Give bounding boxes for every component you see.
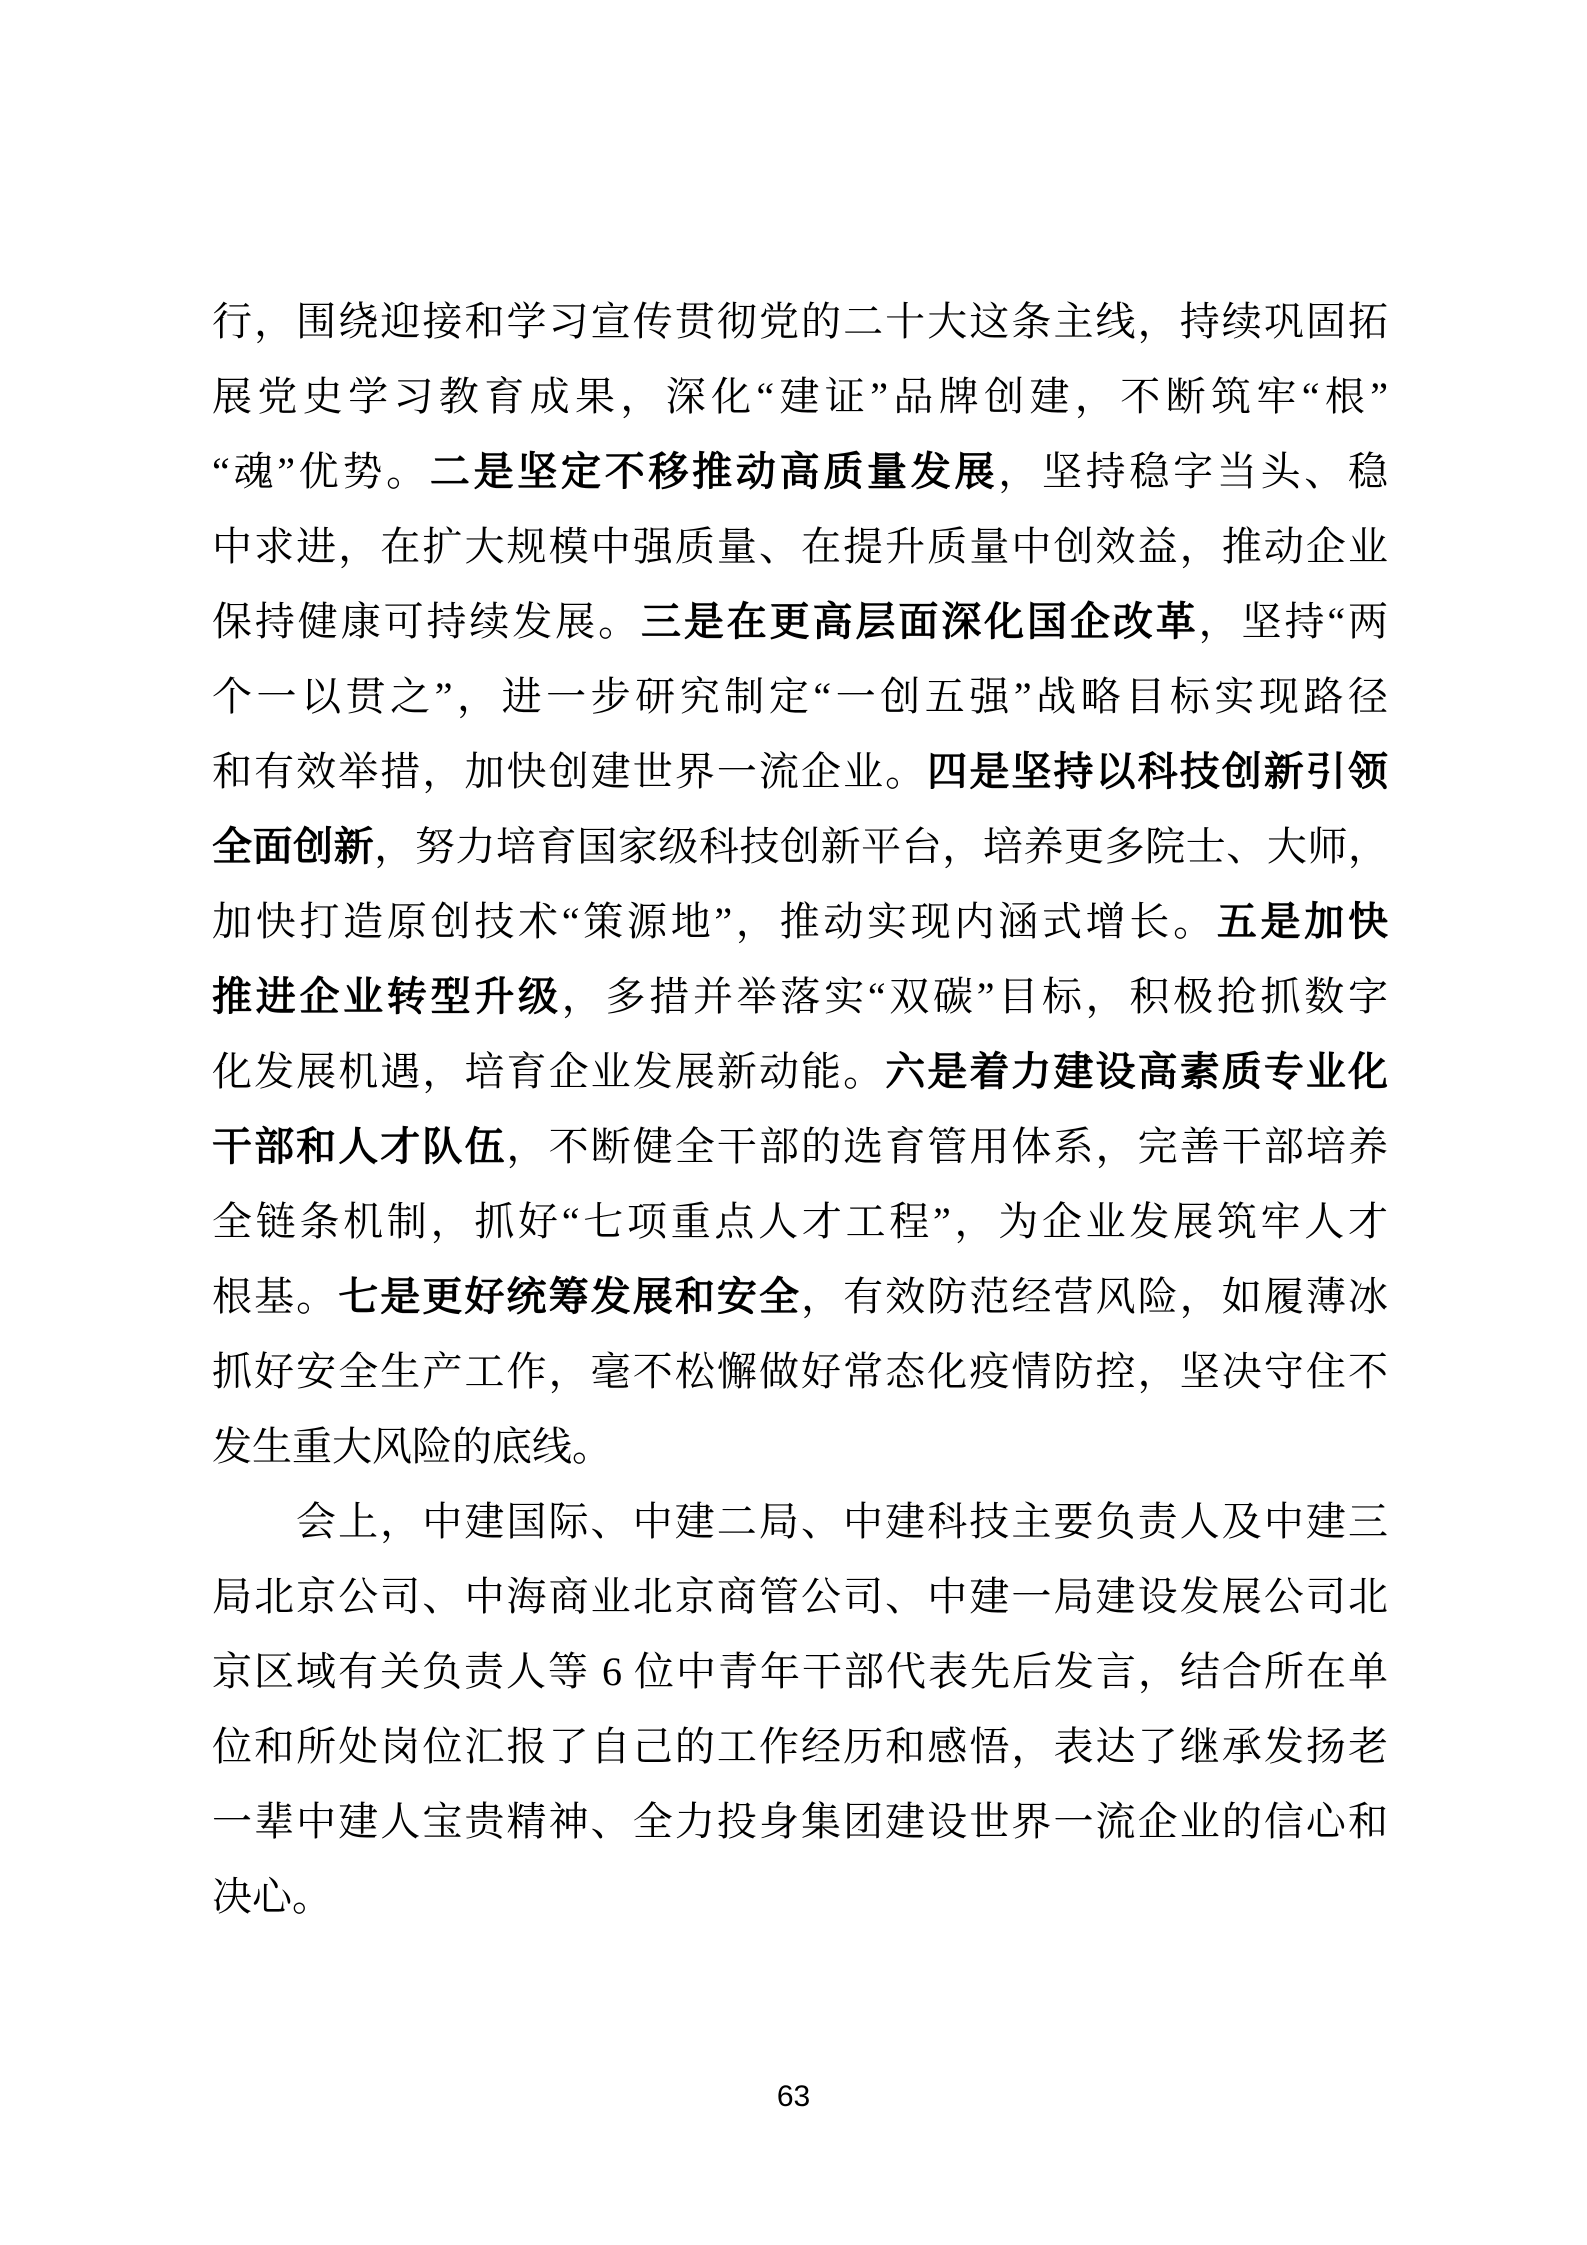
bold-text-run: 七是更好统筹发展和安全 bbox=[338, 1274, 801, 1319]
text-line: 行，围绕迎接和学习宣传贯彻党的二十大这条主线，持续巩固拓 bbox=[212, 284, 1388, 359]
text-run: ，多措并举落实“双碳”目标，积极抢抓数字 bbox=[562, 974, 1388, 1019]
text-line: 京区域有关负责人等 6 位中青年干部代表先后发言，结合所在单 bbox=[212, 1634, 1388, 1709]
text-run: 展党史学习教育成果，深化“建证”品牌创建，不断筑牢“根” bbox=[212, 374, 1388, 419]
page-number: 63 bbox=[0, 2078, 1587, 2116]
text-run: 会上，中建国际、中建二局、中建科技主要负责人及中建三 bbox=[296, 1499, 1388, 1544]
text-run: 位和所处岗位汇报了自己的工作经历和感悟，表达了继承发扬老 bbox=[212, 1724, 1388, 1769]
text-run: 发生重大风险的底线。 bbox=[212, 1424, 612, 1469]
text-run: 根基。 bbox=[212, 1274, 338, 1319]
text-run: 保持健康可持续发展。 bbox=[212, 599, 641, 644]
text-line: 根基。七是更好统筹发展和安全，有效防范经营风险，如履薄冰 bbox=[212, 1259, 1388, 1334]
text-run: “魂”优势。 bbox=[212, 449, 430, 494]
text-run: ，努力培育国家级科技创新平台，培养更多院士、大师， bbox=[374, 824, 1388, 869]
text-run: ，不断健全干部的选育管用体系，完善干部培养 bbox=[507, 1124, 1388, 1169]
text-line: 推进企业转型升级，多措并举落实“双碳”目标，积极抢抓数字 bbox=[212, 959, 1388, 1034]
text-line: 一辈中建人宝贵精神、全力投身集团建设世界一流企业的信心和 bbox=[212, 1784, 1388, 1859]
text-line: 决心。 bbox=[212, 1859, 1388, 1934]
text-run: 加快打造原创技术“策源地”，推动实现内涵式增长。 bbox=[212, 899, 1217, 944]
text-run: 和有效举措，加快创建世界一流企业。 bbox=[212, 749, 927, 794]
text-run: 全链条机制，抓好“七项重点人才工程”，为企业发展筑牢人才 bbox=[212, 1199, 1388, 1244]
text-line: 化发展机遇，培育企业发展新动能。六是着力建设高素质专业化 bbox=[212, 1034, 1388, 1109]
text-line: 局北京公司、中海商业北京商管公司、中建一局建设发展公司北 bbox=[212, 1559, 1388, 1634]
document-body: 行，围绕迎接和学习宣传贯彻党的二十大这条主线，持续巩固拓展党史学习教育成果，深化… bbox=[212, 284, 1388, 1934]
text-run: 中求进，在扩大规模中强质量、在提升质量中创效益，推动企业 bbox=[212, 524, 1388, 569]
text-line: 展党史学习教育成果，深化“建证”品牌创建，不断筑牢“根” bbox=[212, 359, 1388, 434]
bold-text-run: 干部和人才队伍 bbox=[212, 1124, 507, 1169]
text-line: 全链条机制，抓好“七项重点人才工程”，为企业发展筑牢人才 bbox=[212, 1184, 1388, 1259]
text-line: 干部和人才队伍，不断健全干部的选育管用体系，完善干部培养 bbox=[212, 1109, 1388, 1184]
text-run: ，坚持“两 bbox=[1199, 599, 1388, 644]
bold-text-run: 六是着力建设高素质专业化 bbox=[885, 1049, 1388, 1094]
bold-text-run: 四是坚持以科技创新引领 bbox=[927, 749, 1388, 794]
text-run: 化发展机遇，培育企业发展新动能。 bbox=[212, 1049, 885, 1094]
text-line: “魂”优势。二是坚定不移推动高质量发展，坚持稳字当头、稳 bbox=[212, 434, 1388, 509]
text-run: ，坚持稳字当头、稳 bbox=[998, 449, 1388, 494]
text-line: 加快打造原创技术“策源地”，推动实现内涵式增长。五是加快 bbox=[212, 884, 1388, 959]
text-line: 保持健康可持续发展。三是在更高层面深化国企改革，坚持“两 bbox=[212, 584, 1388, 659]
text-line: 和有效举措，加快创建世界一流企业。四是坚持以科技创新引领 bbox=[212, 734, 1388, 809]
text-line: 抓好安全生产工作，毫不松懈做好常态化疫情防控，坚决守住不 bbox=[212, 1334, 1388, 1409]
bold-text-run: 推进企业转型升级 bbox=[212, 974, 562, 1019]
text-run: 抓好安全生产工作，毫不松懈做好常态化疫情防控，坚决守住不 bbox=[212, 1349, 1388, 1394]
text-run: 一辈中建人宝贵精神、全力投身集团建设世界一流企业的信心和 bbox=[212, 1799, 1388, 1844]
text-line: 位和所处岗位汇报了自己的工作经历和感悟，表达了继承发扬老 bbox=[212, 1709, 1388, 1784]
text-run: 个一以贯之”，进一步研究制定“一创五强”战略目标实现路径 bbox=[212, 674, 1388, 719]
bold-text-run: 全面创新 bbox=[212, 824, 374, 869]
document-page: 行，围绕迎接和学习宣传贯彻党的二十大这条主线，持续巩固拓展党史学习教育成果，深化… bbox=[0, 0, 1587, 2245]
text-line: 全面创新，努力培育国家级科技创新平台，培养更多院士、大师， bbox=[212, 809, 1388, 884]
text-line: 中求进，在扩大规模中强质量、在提升质量中创效益，推动企业 bbox=[212, 509, 1388, 584]
text-line: 会上，中建国际、中建二局、中建科技主要负责人及中建三 bbox=[212, 1484, 1388, 1559]
text-run: 决心。 bbox=[212, 1874, 332, 1919]
text-run: 行，围绕迎接和学习宣传贯彻党的二十大这条主线，持续巩固拓 bbox=[212, 299, 1388, 344]
text-run: 京区域有关负责人等 6 位中青年干部代表先后发言，结合所在单 bbox=[212, 1649, 1388, 1694]
text-run: 局北京公司、中海商业北京商管公司、中建一局建设发展公司北 bbox=[212, 1574, 1388, 1619]
bold-text-run: 二是坚定不移推动高质量发展 bbox=[430, 449, 998, 494]
bold-text-run: 五是加快 bbox=[1217, 899, 1388, 944]
text-line: 个一以贯之”，进一步研究制定“一创五强”战略目标实现路径 bbox=[212, 659, 1388, 734]
text-run: ，有效防范经营风险，如履薄冰 bbox=[801, 1274, 1388, 1319]
bold-text-run: 三是在更高层面深化国企改革 bbox=[641, 599, 1199, 644]
text-line: 发生重大风险的底线。 bbox=[212, 1409, 1388, 1484]
